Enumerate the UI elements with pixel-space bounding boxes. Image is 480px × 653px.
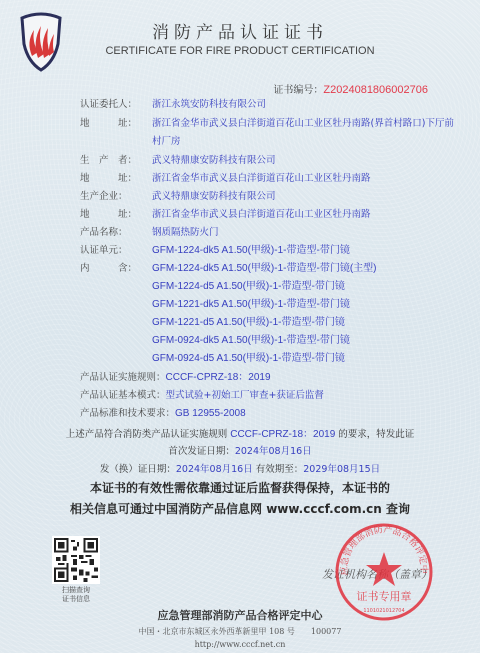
includes-item: GFM-1224-d5 A1.50(甲级)-1-带造型-带门镜 (152, 280, 345, 294)
certificate-page: 消防产品认证证书 CERTIFICATE FOR FIRE PRODUCT CE… (0, 0, 480, 653)
standard-row: 产品标准和技术要求：GB 12955-2008 (80, 407, 246, 421)
svg-text:证书专用章: 证书专用章 (357, 589, 412, 603)
valid-until-value: 2029年08月15日 (303, 464, 380, 475)
applicant-address-row: 地 址：浙江省金华市武义县白洋街道百花山工业区牡丹南路(界首村路口)下厅前 (80, 117, 454, 131)
issue-date-value: 2024年08月16日 (176, 464, 253, 475)
notice-line-1: 本证书的有效性需依靠通过证后监督获得保持，本证书的 (0, 479, 480, 496)
certificate-number-label: 证书编号： (273, 85, 323, 96)
qr-code-label: 扫描查询 证书信息 (52, 586, 100, 604)
manufacturer-label: 生 产 者： (80, 154, 152, 168)
first-issue-label: 首次发证日期： (168, 446, 235, 457)
manufacturer-row: 生 产 者：武义特鼎康安防科技有限公司 (80, 154, 276, 168)
applicant-row: 认证委托人：浙江永筑安防科技有限公司 (80, 98, 266, 112)
product-name-value: 钢质隔热防火门 (152, 227, 219, 238)
valid-until-label: 有效期至： (253, 464, 304, 475)
first-issue-value: 2024年08月16日 (235, 446, 312, 457)
factory-address-row: 地 址：浙江省金华市武义县白洋街道百花山工业区牡丹南路 (80, 208, 371, 222)
includes-item: GFM-1224-dk5 A1.50(甲级)-1-带造型-带门镜(主型) (152, 263, 376, 274)
applicant-label: 认证委托人： (80, 98, 152, 112)
manufacturer-value: 武义特鼎康安防科技有限公司 (152, 155, 276, 166)
cert-unit-row: 认证单元：GFM-1224-dk5 A1.50(甲级)-1-带造型-带门镜 (80, 244, 350, 258)
factory-row: 生产企业：武义特鼎康安防科技有限公司 (80, 190, 276, 204)
issue-date-label: 发（换）证日期： (100, 464, 176, 475)
product-name-row: 产品名称：钢质隔热防火门 (80, 226, 219, 240)
applicant-address-cont: 村厂房 (152, 135, 181, 149)
manufacturer-address-row: 地 址：浙江省金华市武义县白洋街道百花山工业区牡丹南路 (80, 172, 371, 186)
impl-rule-value: CCCF-CPRZ-18：2019 (166, 372, 271, 383)
basic-mode-row: 产品认证基本模式：型式试验+初始工厂审查+获证后监督 (80, 389, 324, 403)
issue-validity-dates: 发（换）证日期：2024年08月16日 有效期至：2029年08月15日 (0, 461, 480, 475)
applicant-address-label: 地 址： (80, 117, 152, 131)
cert-unit-label: 认证单元： (80, 244, 152, 258)
statement-rule: CCCF-CPRZ-18：2019 (230, 429, 335, 440)
first-issue-date: 首次发证日期：2024年08月16日 (0, 443, 480, 457)
qr-code-icon[interactable] (52, 536, 100, 584)
statement-suffix: 的要求，特发此证 (335, 429, 414, 440)
organization-url[interactable]: http://www.cccf.net.cn (0, 640, 480, 649)
cert-unit-value: GFM-1224-dk5 A1.50(甲级)-1-带造型-带门镜 (152, 245, 350, 256)
basic-mode-value: 型式试验+初始工厂审查+获证后监督 (166, 390, 324, 401)
standard-value: GB 12955-2008 (175, 408, 246, 419)
certificate-title-cn: 消防产品认证证书 (0, 18, 480, 43)
conformity-statement: 上述产品符合消防类产品认证实施规则 CCCF-CPRZ-18：2019 的要求，… (0, 425, 480, 440)
factory-address-value: 浙江省金华市武义县白洋街道百花山工业区牡丹南路 (152, 209, 371, 220)
applicant-address-value: 浙江省金华市武义县白洋街道百花山工业区牡丹南路(界首村路口)下厅前 (152, 118, 454, 129)
applicant-value: 浙江永筑安防科技有限公司 (152, 99, 266, 110)
includes-item: GFM-0924-dk5 A1.50(甲级)-1-带造型-带门镜 (152, 334, 350, 348)
manufacturer-address-label: 地 址： (80, 172, 152, 186)
qr-label-line2: 证书信息 (52, 595, 100, 604)
standard-label: 产品标准和技术要求： (80, 407, 175, 421)
factory-value: 武义特鼎康安防科技有限公司 (152, 191, 276, 202)
includes-label: 内 含： (80, 262, 152, 276)
includes-item: GFM-1221-dk5 A1.50(甲级)-1-带造型-带门镜 (152, 298, 350, 312)
certificate-number-value: Z2024081806002706 (323, 84, 428, 96)
factory-address-label: 地 址： (80, 208, 152, 222)
qr-label-line1: 扫描查询 (52, 586, 100, 595)
factory-label: 生产企业： (80, 190, 152, 204)
organization-address: 中国・北京市东城区永外西革新里甲 108 号 100077 (0, 626, 480, 637)
notice-line-2: 相关信息可通过中国消防产品信息网 www.cccf.com.cn 查询 (0, 500, 480, 517)
issuing-organization: 应急管理部消防产品合格评定中心 (0, 607, 480, 623)
certificate-number: 证书编号：Z2024081806002706 (273, 81, 428, 96)
impl-rule-row: 产品认证实施规则：CCCF-CPRZ-18：2019 (80, 371, 271, 385)
certificate-title-en: CERTIFICATE FOR FIRE PRODUCT CERTIFICATI… (0, 45, 480, 57)
impl-rule-label: 产品认证实施规则： (80, 371, 166, 385)
statement-prefix: 上述产品符合消防类产品认证实施规则 (66, 429, 231, 440)
includes-item: GFM-1221-d5 A1.50(甲级)-1-带造型-带门镜 (152, 316, 345, 330)
basic-mode-label: 产品认证基本模式： (80, 389, 166, 403)
product-name-label: 产品名称： (80, 226, 152, 240)
manufacturer-address-value: 浙江省金华市武义县白洋街道百花山工业区牡丹南路 (152, 173, 371, 184)
includes-item: GFM-0924-d5 A1.50(甲级)-1-带造型-带门镜 (152, 352, 345, 366)
includes-row: 内 含：GFM-1224-dk5 A1.50(甲级)-1-带造型-带门镜(主型) (80, 262, 376, 276)
